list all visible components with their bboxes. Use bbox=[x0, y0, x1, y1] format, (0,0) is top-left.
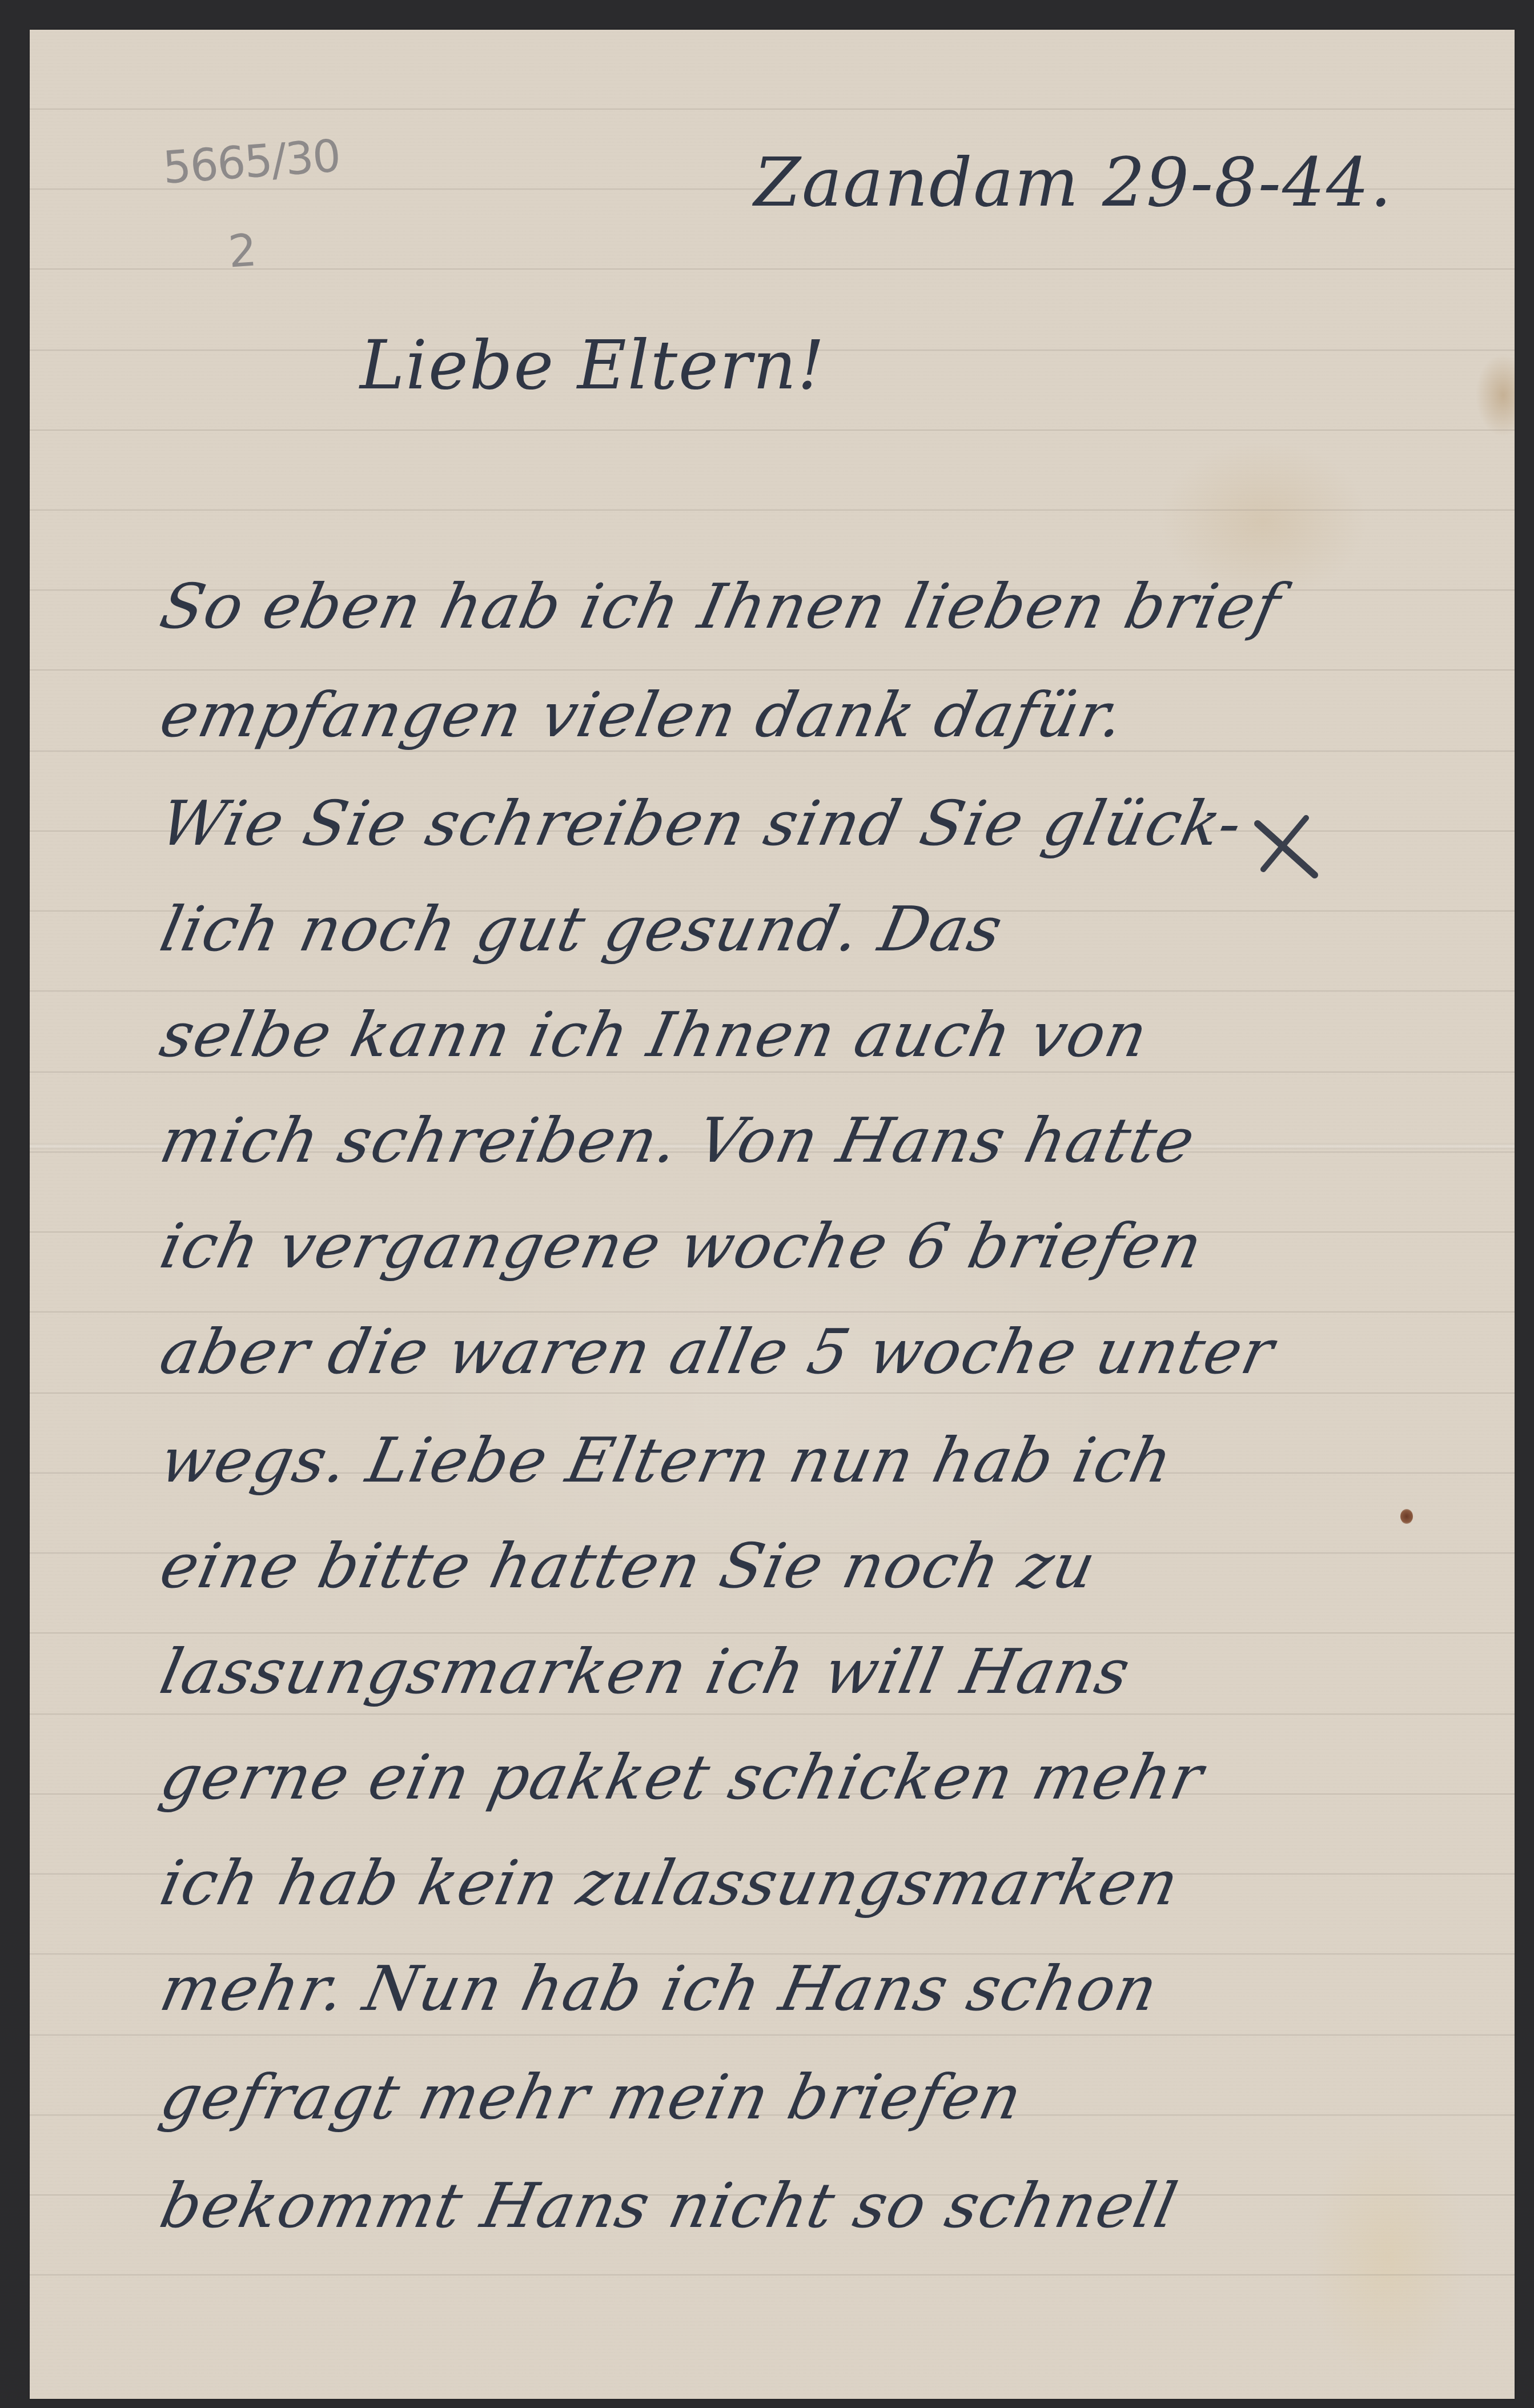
letter-line: wegs. Liebe Eltern nun hab ich bbox=[154, 1425, 1483, 1496]
letter-line: gefragt mehr mein briefen bbox=[154, 2062, 1483, 2133]
ruled-line bbox=[30, 1311, 1515, 1313]
letter-line: ich hab kein zulassungsmarken bbox=[154, 1848, 1483, 1919]
letter-line: mehr. Nun hab ich Hans schon bbox=[154, 1953, 1483, 2025]
letter-line: lassungsmarken ich will Hans bbox=[154, 1636, 1483, 1708]
letter-line: So eben hab ich Ihnen lieben brief bbox=[154, 571, 1483, 643]
ruled-line bbox=[30, 109, 1515, 110]
letter-line: eine bitte hatten Sie noch zu bbox=[154, 1531, 1483, 1602]
letter-line: aber die waren alle 5 woche unter bbox=[154, 1317, 1483, 1388]
salutation: Liebe Eltern! bbox=[360, 326, 826, 404]
ruled-line bbox=[30, 1713, 1515, 1715]
letter-line: mich schreiben. Von Hans hatte bbox=[154, 1105, 1483, 1177]
letter-line: lich noch gut gesund. Das bbox=[154, 894, 1483, 965]
letter-line: ich vergangene woche 6 briefen bbox=[154, 1211, 1483, 1282]
ruled-line bbox=[30, 2034, 1515, 2036]
letter-line: gerne ein pakket schicken mehr bbox=[154, 1742, 1483, 1813]
ruled-line bbox=[30, 2274, 1515, 2275]
ruled-line bbox=[30, 990, 1515, 992]
ruled-line bbox=[30, 1071, 1515, 1073]
ink-spot bbox=[1400, 1509, 1413, 1524]
ruled-line bbox=[30, 509, 1515, 511]
ruled-line bbox=[30, 1632, 1515, 1634]
ruled-line bbox=[30, 1392, 1515, 1394]
archive-page-number: 2 bbox=[227, 224, 259, 278]
letter-line: selbe kann ich Ihnen auch von bbox=[154, 1000, 1483, 1071]
letter-line: empfangen vielen dank dafür. bbox=[154, 680, 1483, 751]
place-date: Zaandam 29-8-44. bbox=[754, 143, 1393, 222]
letter-line: Wie Sie schreiben sind Sie glück- bbox=[154, 788, 1483, 860]
ruled-line bbox=[30, 669, 1515, 671]
archive-reference: 5665/30 bbox=[162, 134, 342, 190]
letter-line: bekommt Hans nicht so schnell bbox=[154, 2170, 1483, 2242]
ruled-line bbox=[30, 430, 1515, 431]
